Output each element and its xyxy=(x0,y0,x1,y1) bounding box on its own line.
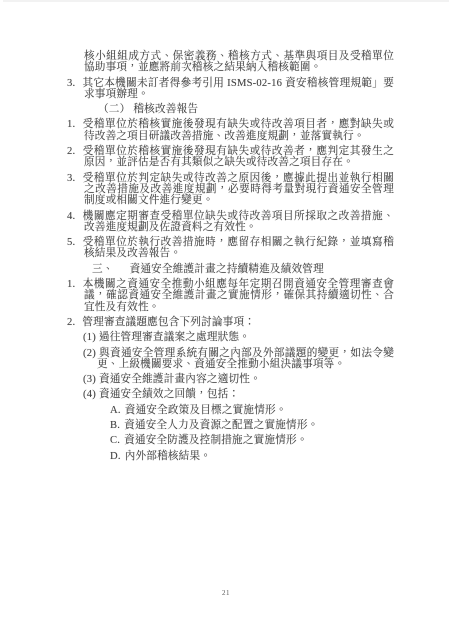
item-text: 受稽單位於判定缺失或待改善之原因後，應據此提出並執行相關之改善措施及改善進度規劃… xyxy=(82,173,394,207)
numbered-item: 2.管理審查議題應包含下列討論事項： xyxy=(67,317,394,328)
item-text: 本機關之資通安全推動小組應每年定期召開資通安全管理審查會議，確認資通安全維護計畫… xyxy=(82,279,394,313)
numbered-item: 2.受稽單位於稽核實施後發現有缺失或待改善者，應判定其發生之原因，並評估是否有其… xyxy=(67,146,394,169)
paragraph-text: 核小組組成方式、保密義務、稽核方式、基準與項目及受稽單位協助事項，並應將前次稽核… xyxy=(84,51,394,73)
sub-item-number: (2) xyxy=(83,348,96,359)
body-paragraph-continuation: 核小組組成方式、保密義務、稽核方式、基準與項目及受稽單位協助事項，並應將前次稽核… xyxy=(67,51,394,74)
heading-text: 資通安全維護計畫之持續精進及績效管理 xyxy=(130,264,324,275)
sub-item-text: 過往管理審查議案之處理狀態。 xyxy=(99,332,250,343)
letter-item: B.資通安全人力及資源之配置之實施情形。 xyxy=(67,420,394,431)
item-text: 受稽單位於稽核實施後發現有缺失或待改善者，應判定其發生之原因，並評估是否有其類似… xyxy=(82,146,394,168)
sub-item-number: (4) xyxy=(83,389,96,400)
sub-item: (1)過往管理審查議案之處理狀態。 xyxy=(67,332,394,343)
sub-item: (2)與資通安全管理系統有關之內部及外部議題的變更，如法令變更、上級機關要求、資… xyxy=(67,348,394,371)
sub-item: (4)資通安全績效之回饋，包括： xyxy=(67,389,394,400)
numbered-item: 1.本機關之資通安全推動小組應每年定期召開資通安全管理審查會議，確認資通安全維護… xyxy=(67,279,394,313)
letter-item-label: B. xyxy=(110,420,120,431)
sub-item: (3)資通安全維護計畫內容之適切性。 xyxy=(67,374,394,385)
numbered-item: 3.其它本機關未訂者得參考引用 ISMS-02-16 資安稽核管理規範」要求事項… xyxy=(67,78,394,101)
section-heading: 三、資通安全維護計畫之持續精進及績效管理 xyxy=(67,264,394,275)
letter-item-label: A. xyxy=(110,405,121,416)
heading-number: 三、 xyxy=(92,264,114,275)
letter-item-text: 資通安全防護及控制措施之實施情形。 xyxy=(124,435,308,446)
item-number: 1. xyxy=(67,119,75,130)
sub-item-number: (1) xyxy=(83,332,96,343)
letter-item: A.資通安全政策及目標之實施情形。 xyxy=(67,405,394,416)
numbered-item: 1.受稽單位於稽核實施後發現有缺失或待改善項目者，應對缺失或待改善之項目研議改善… xyxy=(67,119,394,142)
item-number: 1. xyxy=(67,279,75,290)
item-text: 受稽單位於稽核實施後發現有缺失或待改善項目者，應對缺失或待改善之項目研議改善措施… xyxy=(82,119,394,141)
item-number: 5. xyxy=(67,237,75,248)
numbered-item: 5.受稽單位於執行改善措施時，應留存相關之執行紀錄，並填寫稽核結果及改善報告。 xyxy=(67,237,394,260)
heading-number: （二） xyxy=(98,104,130,115)
sub-item-text: 資通安全維護計畫內容之適切性。 xyxy=(99,374,261,385)
letter-item-label: D. xyxy=(110,451,121,462)
item-number: 2. xyxy=(67,317,75,328)
item-number: 3. xyxy=(67,78,75,89)
item-text: 管理審查議題應包含下列討論事項： xyxy=(82,317,255,328)
sub-item-text: 與資通安全管理系統有關之內部及外部議題的變更，如法令變更、上級機關要求、資通安全… xyxy=(97,348,394,370)
item-number: 3. xyxy=(67,173,75,184)
sub-item-number: (3) xyxy=(83,374,96,385)
letter-item-label: C. xyxy=(110,435,120,446)
letter-item: D.內外部稽核結果。 xyxy=(67,451,394,462)
document-page: 核小組組成方式、保密義務、稽核方式、基準與項目及受稽單位協助事項，並應將前次稽核… xyxy=(0,0,452,639)
item-text: 機關應定期審查受稽單位缺失或待改善項目所採取之改善措施、改善進度規劃及佐證資料之… xyxy=(82,211,394,233)
letter-item: C.資通安全防護及控制措施之實施情形。 xyxy=(67,435,394,446)
numbered-item: 4.機關應定期審查受稽單位缺失或待改善項目所採取之改善措施、改善進度規劃及佐證資… xyxy=(67,211,394,234)
item-number: 4. xyxy=(67,211,75,222)
item-text: 其它本機關未訂者得參考引用 ISMS-02-16 資安稽核管理規範」要求事項辦理… xyxy=(82,78,394,100)
letter-item-text: 資通安全人力及資源之配置之實施情形。 xyxy=(124,420,318,431)
section-heading: （二）稽核改善報告 xyxy=(67,104,394,115)
letter-item-text: 內外部稽核結果。 xyxy=(125,451,211,462)
item-number: 2. xyxy=(67,146,75,157)
sub-item-text: 資通安全績效之回饋，包括： xyxy=(99,389,239,400)
letter-item-text: 資通安全政策及目標之實施情形。 xyxy=(125,405,287,416)
item-text: 受稽單位於執行改善措施時，應留存相關之執行紀錄，並填寫稽核結果及改善報告。 xyxy=(82,237,394,259)
page-number: 21 xyxy=(0,589,452,597)
heading-text: 稽核改善報告 xyxy=(133,104,198,115)
numbered-item: 3.受稽單位於判定缺失或待改善之原因後，應據此提出並執行相關之改善措施及改善進度… xyxy=(67,173,394,207)
